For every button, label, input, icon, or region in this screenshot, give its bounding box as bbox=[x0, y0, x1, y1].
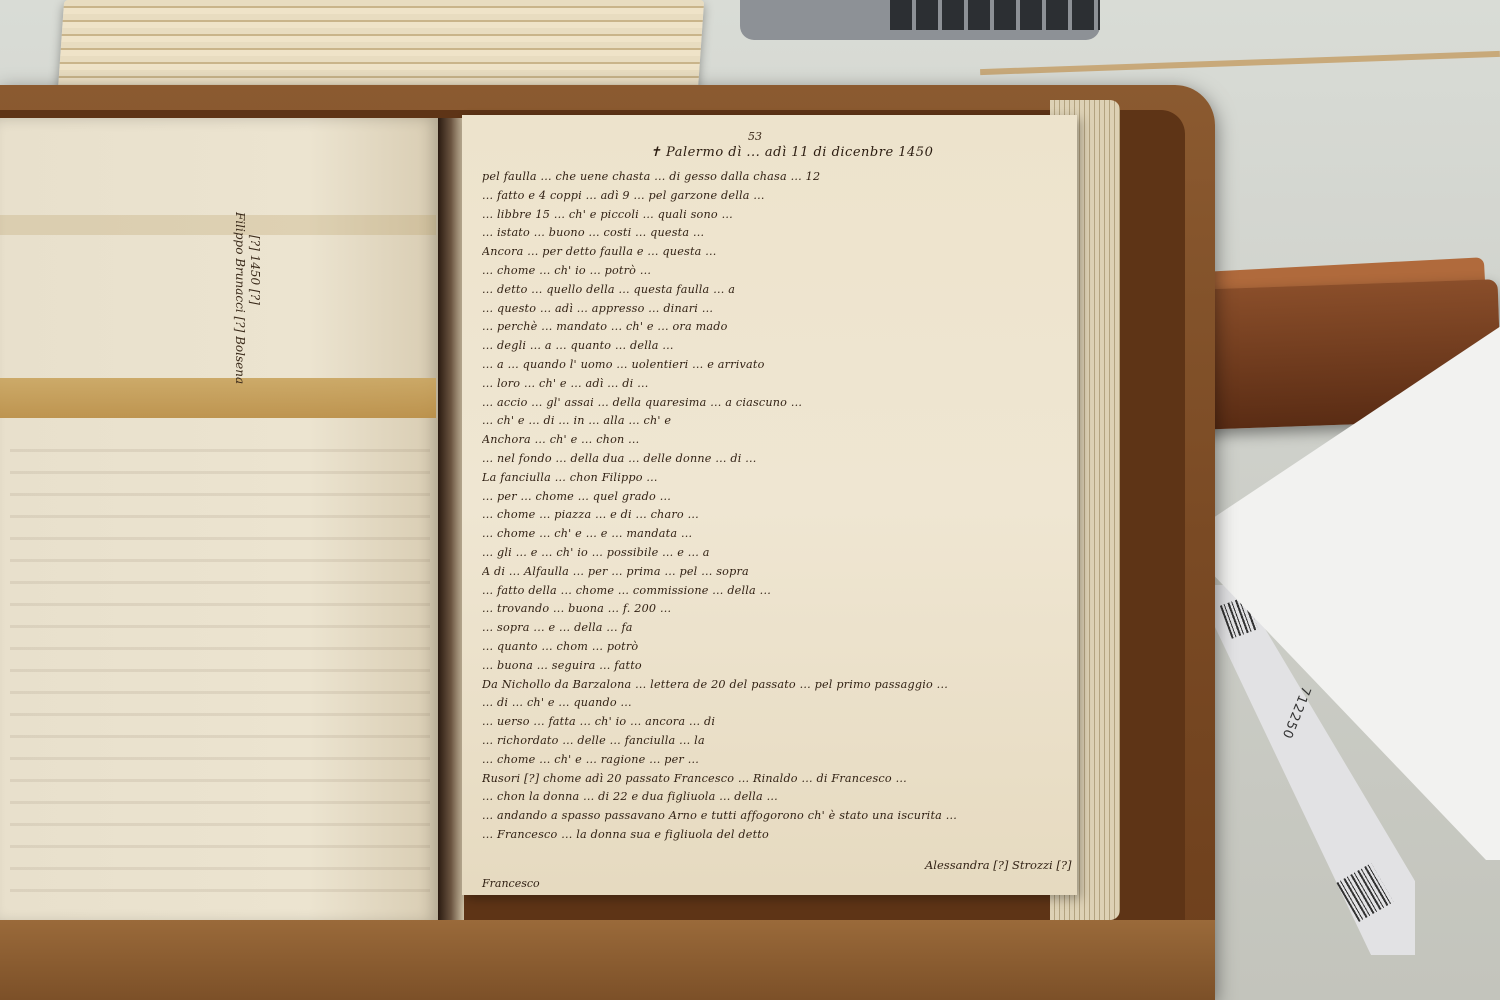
manuscript-line: ... a ... quando l' uomo ... uolentieri … bbox=[482, 356, 1062, 375]
manuscript-line: A di ... Alfaulla ... per ... prima ... … bbox=[482, 563, 1062, 582]
manuscript-line: Ancora ... per detto faulla e ... questa… bbox=[482, 243, 1062, 262]
manuscript-line: ... accio ... gl' assai ... della quares… bbox=[482, 394, 1062, 413]
manuscript-line: ... nel fondo ... della dua ... delle do… bbox=[482, 450, 1062, 469]
docket-annotation: Filippo Brunacci [?] Bolsena [?] 1450 [?… bbox=[195, 210, 275, 370]
manuscript-line: ... questo ... adì ... appresso ... dina… bbox=[482, 300, 1062, 319]
manuscript-line: ... fatto della ... chome ... commission… bbox=[482, 582, 1062, 601]
manuscript-line: ... ch' e ... di ... in ... alla ... ch'… bbox=[482, 412, 1062, 431]
closing-name: Francesco bbox=[482, 877, 540, 890]
manuscript-line: ... istato ... buono ... costi ... quest… bbox=[482, 224, 1062, 243]
repair-tape bbox=[0, 378, 436, 418]
laptop-keyboard bbox=[890, 0, 1100, 30]
background-laptop bbox=[740, 0, 1100, 40]
manuscript-line: ... chome ... piazza ... e di ... charo … bbox=[482, 506, 1062, 525]
manuscript-line: ... gli ... e ... ch' io ... possibile .… bbox=[482, 544, 1062, 563]
book-gutter bbox=[438, 118, 464, 923]
desk-edge bbox=[980, 51, 1500, 75]
manuscript-line: ... detto ... quello della ... questa fa… bbox=[482, 281, 1062, 300]
manuscript-line: ... chon la donna ... di 22 e dua figliu… bbox=[482, 788, 1062, 807]
manuscript-line: Da Nichollo da Barzalona ... lettera de … bbox=[482, 676, 1062, 695]
manuscript-line: ... perchè ... mandato ... ch' e ... ora… bbox=[482, 318, 1062, 337]
docket-line-1: Filippo Brunacci [?] Bolsena bbox=[233, 212, 247, 362]
manuscript-line: Anchora ... ch' e ... chon ... bbox=[482, 431, 1062, 450]
manuscript-line: ... sopra ... e ... della ... fa bbox=[482, 619, 1062, 638]
closing-signature: Alessandra [?] Strozzi [?] bbox=[925, 858, 1072, 872]
manuscript-line: ... chome ... ch' e ... ragione ... per … bbox=[482, 751, 1062, 770]
manuscript-line: ... di ... ch' e ... quando ... bbox=[482, 694, 1062, 713]
letter-heading: ✝ Palermo dì ... adì 11 di dicenbre 1450 bbox=[650, 145, 933, 160]
letter-body: pel faulla ... che uene chasta ... di ge… bbox=[482, 168, 1062, 845]
manuscript-line: ... uerso ... fatta ... ch' io ... ancor… bbox=[482, 713, 1062, 732]
manuscript-line: ... fatto e 4 coppi ... adì 9 ... pel ga… bbox=[482, 187, 1062, 206]
manuscript-line: ... chome ... ch' e ... e ... mandata ..… bbox=[482, 525, 1062, 544]
manuscript-line: pel faulla ... che uene chasta ... di ge… bbox=[482, 168, 1062, 187]
manuscript-line: ... loro ... ch' e ... adì ... di ... bbox=[482, 375, 1062, 394]
manuscript-line: Rusori [?] chome adì 20 passato Francesc… bbox=[482, 770, 1062, 789]
folio-number: 53 bbox=[748, 130, 762, 143]
manuscript-line: ... richordato ... delle ... fanciulla .… bbox=[482, 732, 1062, 751]
manuscript-line: ... quanto ... chom ... potrò bbox=[482, 638, 1062, 657]
manuscript-line: ... per ... chome ... quel grado ... bbox=[482, 488, 1062, 507]
manuscript-line: La fanciulla ... chon Filippo ... bbox=[482, 469, 1062, 488]
bleed-through-text bbox=[10, 430, 430, 900]
manuscript-line: ... Francesco ... la donna sua e figliuo… bbox=[482, 826, 1062, 845]
manuscript-line: ... andando a spasso passavano Arno e tu… bbox=[482, 807, 1062, 826]
manuscript-line: ... degli ... a ... quanto ... della ... bbox=[482, 337, 1062, 356]
cradle-front-rail bbox=[0, 920, 1215, 1000]
manuscript-line: ... buona ... seguira ... fatto bbox=[482, 657, 1062, 676]
docket-line-2: [?] 1450 [?] bbox=[248, 235, 262, 375]
manuscript-line: ... trovando ... buona ... f. 200 ... bbox=[482, 600, 1062, 619]
manuscript-line: ... libbre 15 ... ch' e piccoli ... qual… bbox=[482, 206, 1062, 225]
manuscript-line: ... chome ... ch' io ... potrò ... bbox=[482, 262, 1062, 281]
